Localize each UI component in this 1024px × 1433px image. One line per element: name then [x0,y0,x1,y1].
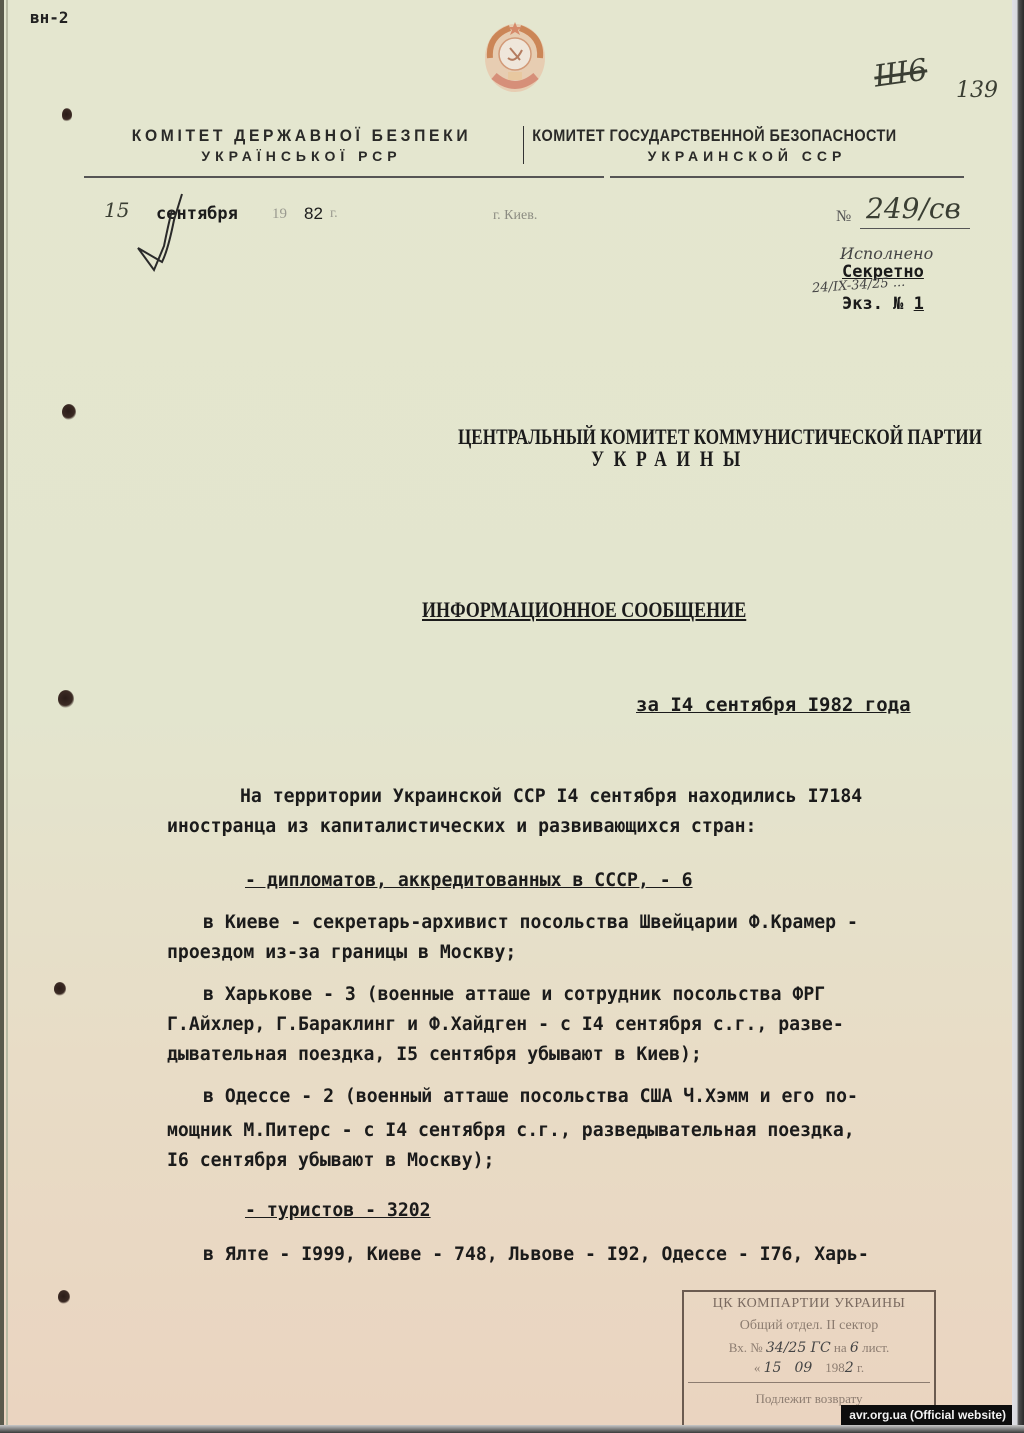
recipient-line2: УКРАИНЫ [453,446,889,472]
handwritten-reference: Ш6 [872,52,930,94]
body-line: I6 сентября убывают в Москву); [167,1150,494,1171]
copy-number: Экз. № 1 [842,294,924,314]
body-line: в Ялте - I999, Киеве - 748, Львове - I92… [203,1244,869,1265]
copy-number-label: Экз. № [842,294,903,314]
body-line: в Киеве - секретарь-архивист посольства … [203,912,858,933]
body-line: На территории Украинской ССР I4 сентября… [240,786,862,807]
date-year-prefix: 19 [272,206,287,223]
city: г. Киев. [493,208,537,224]
body-line-tourists-heading: - туристов - 3202 [245,1200,431,1221]
punch-hole-icon [58,690,74,708]
handwritten-note-executed: Исполнено [840,244,933,263]
state-emblem-icon [482,18,548,98]
body-line: Г.Айхлер, Г.Бараклинг и Ф.Хайдген - с I4… [167,1014,844,1035]
letterhead: КОМІТЕТ ДЕРЖАВНОЇ БЕЗПЕКИ УКРАЇНСЬКОЇ РС… [84,126,964,164]
doc-number-label: № [836,208,851,226]
letterhead-ua-line1: КОМІТЕТ ДЕРЖАВНОЇ БЕЗПЕКИ [101,126,501,146]
letterhead-russian: КОМИТЕТ ГОСУДАРСТВЕННОЙ БЕЗОПАСНОСТИ УКР… [524,126,964,164]
checkmark-signature-icon [124,190,194,280]
body-line: иностранца из капиталистических и развив… [167,816,756,837]
document-page: вн-2 Ш6 139 КОМІТЕТ ДЕРЖАВНОЇ БЕЗПЕКИ УК… [0,0,1012,1425]
punch-hole-icon [62,404,76,420]
scan-bottom-edge [0,1425,1024,1433]
body-line-diplomats-heading: - дипломатов, аккредитованных в СССР, - … [245,870,693,891]
recipient: ЦЕНТРАЛЬНЫЙ КОМИТЕТ КОММУНИСТИЧЕСКОЙ ПАР… [398,424,943,472]
body-line: проездом из-за границы в Москву; [167,942,516,963]
stamp-date: « 15 09 1982 г. [684,1360,934,1376]
handwritten-page-number: 139 [956,78,998,103]
letterhead-divider-left [84,176,604,178]
letterhead-divider-right [610,176,964,178]
doc-number-underline [860,228,970,229]
date-year-suffix: г. [330,206,338,222]
body-line: в Харькове - 3 (военные атташе и сотрудн… [203,984,825,1005]
body-line: мощник М.Питерс - с I4 сентября с.г., ра… [167,1120,855,1141]
punch-hole-icon [62,108,72,122]
doc-number: 249/св [866,192,961,225]
letterhead-ukrainian: КОМІТЕТ ДЕРЖАВНОЇ БЕЗПЕКИ УКРАЇНСЬКОЇ РС… [84,126,524,164]
punch-hole-icon [54,982,66,996]
letterhead-ru-line1: КОМИТЕТ ГОСУДАРСТВЕННОЙ БЕЗОПАСНОСТИ [530,126,899,146]
copy-number-value: 1 [914,294,924,314]
letterhead-ua-line2: УКРАЇНСЬКОЇ РСР [84,148,519,164]
scan-right-edge [1012,0,1024,1433]
archive-code-mark: вн-2 [30,8,69,27]
letterhead-ru-line2: УКРАИНСКОЙ ССР [530,148,964,164]
stamp-incoming-number: Вх. № 34/25 ГС на 6 лист. [684,1340,934,1356]
body-line: в Одессе - 2 (военный атташе посольства … [203,1086,858,1107]
stamp-department: Общий отдел. II сектор [684,1318,934,1334]
document-subtitle: за I4 сентября I982 года [636,694,911,716]
stamp-divider [688,1382,930,1383]
handwritten-note-registration: 24/IX-34/25 ... [812,275,906,296]
date-year: 82 [304,204,323,224]
body-line: дывательная поездка, I5 сентября убывают… [167,1044,702,1065]
stamp-org: ЦК КОМПАРТИИ УКРАИНЫ [684,1296,934,1312]
punch-hole-icon [58,1290,70,1304]
document-title: ИНФОРМАЦИОННОЕ СООБЩЕНИЕ [422,597,746,623]
source-watermark: avr.org.ua (Official website) [841,1405,1012,1425]
